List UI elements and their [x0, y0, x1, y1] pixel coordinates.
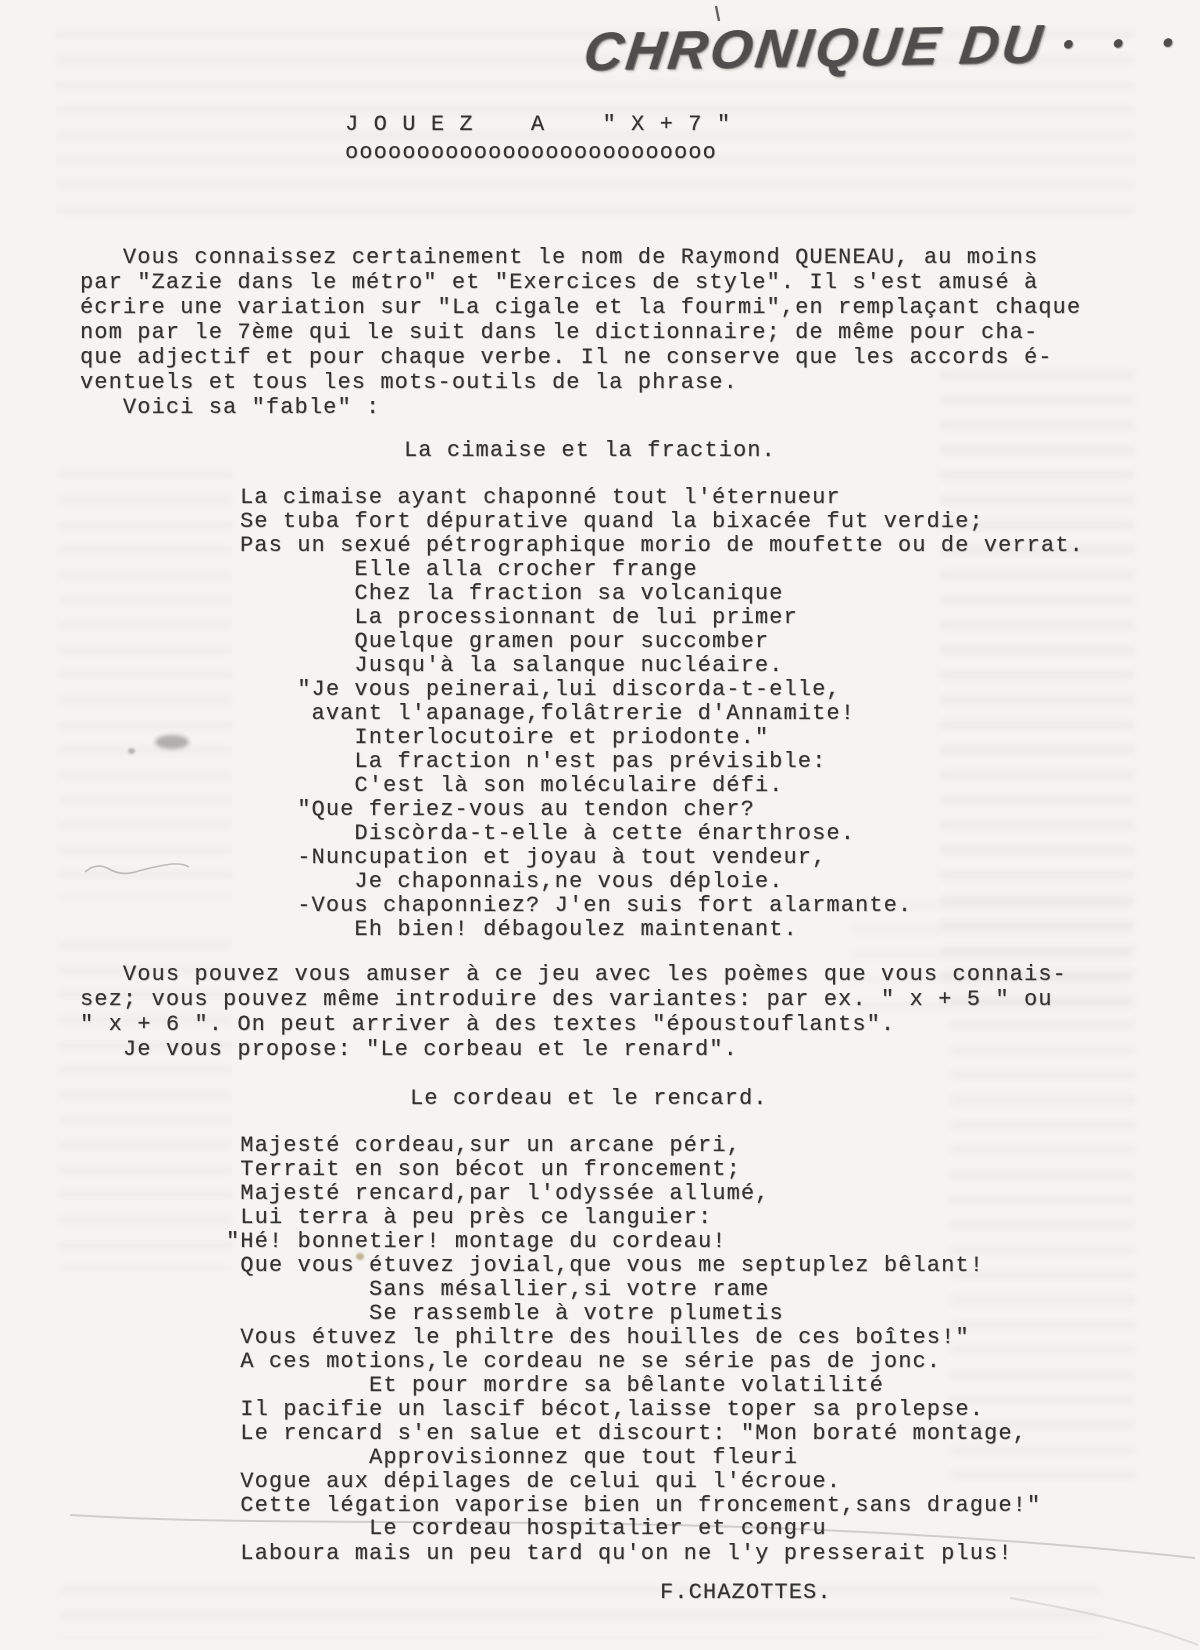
heading-ornament: oooooooooooooooooooooooooo: [345, 140, 717, 165]
middle-paragraph: Vous pouvez vous amuser à ce jeu avec le…: [80, 962, 1067, 1062]
closing-couplet: Le cordeau hospitalier et congru Laboura…: [226, 1516, 1013, 1566]
pencil-squiggle: [85, 864, 189, 874]
masthead-text: CHRONIQUE DU: [581, 14, 1048, 82]
article-heading: J O U E Z A " X + 7 ": [345, 112, 731, 137]
poem-title-2: Le cordeau et le rencard.: [410, 1086, 768, 1111]
poem-2: Majesté cordeau,sur un arcane péri, Terr…: [226, 1134, 1041, 1518]
intro-paragraph: Vous connaissez certainement le nom de R…: [80, 245, 1081, 420]
scanned-page: CHRONIQUE DU● ● ● J O U E Z A " X + 7 " …: [0, 0, 1200, 1650]
masthead-dots: ● ● ●: [1061, 31, 1191, 56]
masthead-title: CHRONIQUE DU● ● ●: [580, 11, 1193, 84]
poem-1: La cimaise ayant chaponné tout l'éternue…: [240, 486, 1084, 942]
signature: F.CHAZOTTES.: [660, 1580, 832, 1605]
bleedthrough-texture: [60, 1585, 1100, 1640]
ink-smudge: [155, 735, 189, 749]
bleedthrough-texture: [58, 470, 233, 900]
ink-speck: [128, 748, 135, 754]
scan-line: [1010, 1598, 1198, 1645]
poem-title-1: La cimaise et la fraction.: [404, 438, 776, 463]
